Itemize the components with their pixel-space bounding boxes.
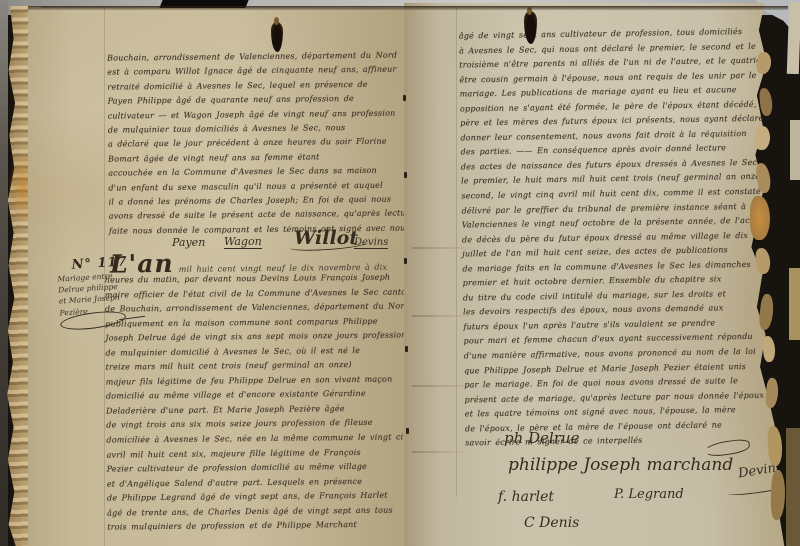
margin-rule-right	[456, 7, 457, 497]
binding-stitch	[404, 258, 407, 264]
ink-blot	[271, 22, 283, 52]
torn-paper-fragment	[756, 51, 773, 75]
signature-denis: C Denis	[524, 515, 579, 531]
fold-crease	[412, 451, 472, 453]
torn-paper-fragment	[754, 126, 771, 151]
ink-blot-tail	[274, 17, 279, 25]
left-page: Bouchain, arrondissement de Valenciennes…	[28, 8, 406, 546]
signature-payen: Payen	[172, 236, 205, 249]
signature-delrue: ph Delrue	[504, 429, 579, 447]
torn-paper-fragment-stained	[750, 196, 770, 240]
torn-paper-fragment	[765, 378, 780, 409]
torn-paper-fragment	[767, 426, 783, 467]
manuscript-scan: Bouchain, arrondissement de Valenciennes…	[0, 0, 800, 546]
text-line: trois mulquiniers de profession et de Ph…	[107, 518, 409, 536]
next-page-sliver	[786, 428, 800, 546]
binding-stitch	[404, 172, 407, 178]
signature-marchand: philippe Joseph marchand	[508, 455, 733, 475]
marriage-act-text-left: heures du matin, par devant nous Devins …	[105, 270, 410, 535]
right-page: âgé de vingt sept ans cultivateur de pro…	[404, 3, 796, 546]
book-cover-edge	[0, 0, 8, 546]
marriage-act-text-right: âgé de vingt sept ans cultivateur de pro…	[459, 25, 778, 452]
torn-paper-fragment	[759, 87, 774, 116]
torn-paper-fragment	[758, 293, 775, 330]
birth-act-text: Bouchain, arrondissement de Valenciennes…	[107, 48, 409, 238]
signature-legrand: P. Legrand	[614, 487, 684, 502]
binding-stitch	[405, 346, 408, 352]
torn-paper-fragment	[755, 247, 771, 274]
torn-paper-fragment	[770, 470, 786, 520]
binding-gutter	[390, 5, 420, 546]
binding-stitch	[403, 95, 406, 101]
next-page-sliver	[787, 2, 800, 74]
signature-harlet: f. harlet	[498, 489, 554, 505]
signature-wagon: Wagon	[224, 235, 262, 249]
torn-paper-fragment	[762, 336, 776, 363]
next-page-sliver	[790, 120, 800, 180]
next-page-sliver	[789, 268, 800, 340]
binding-stitch	[406, 428, 409, 434]
